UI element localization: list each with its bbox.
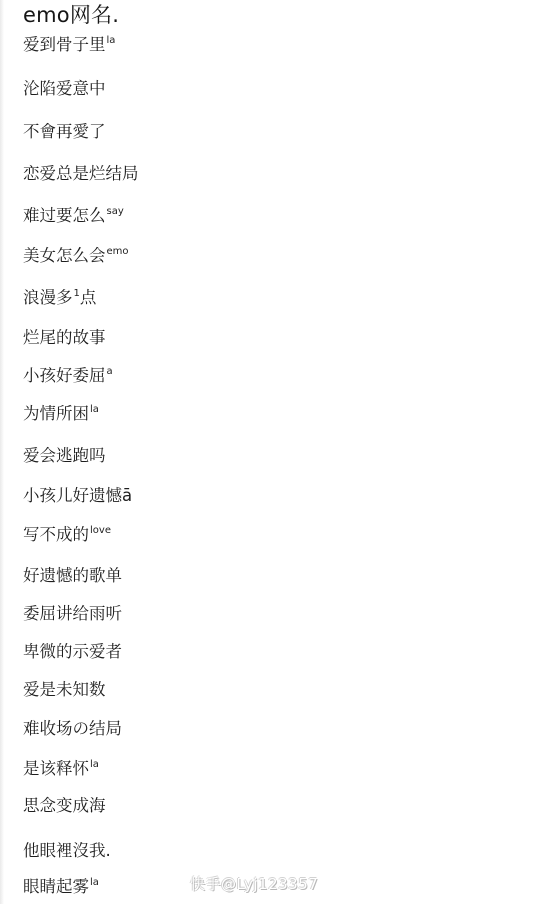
list-item: 恋爱总是烂结局 [23, 163, 139, 185]
list-item: 眼睛起雾la [23, 876, 99, 898]
page-edge-shadow [0, 0, 4, 904]
list-item: 小孩好委屈a [23, 365, 113, 387]
list-item: 思念变成海 [23, 795, 106, 817]
list-item: 美女怎么会emo [23, 245, 129, 267]
list-item: 他眼裡沒我. [23, 840, 111, 862]
list-item: 委屈讲给雨听 [23, 603, 122, 625]
list-item: 是该释怀la [23, 758, 99, 780]
list-item: 难过要怎么say [23, 205, 124, 227]
list-item: 好遗憾的歌单 [23, 565, 122, 587]
watermark: 快手@Lyj123357 [190, 873, 318, 894]
page-title: emo网名. [23, 2, 119, 28]
list-item: 卑微的示爱者 [23, 641, 122, 663]
list-item: 小孩儿好遗憾ā [23, 485, 132, 507]
list-item: 难收场の结局 [23, 718, 122, 740]
list-item: 烂尾的故事 [23, 327, 106, 349]
list-item: 浪漫多1点 [23, 287, 96, 309]
list-item: 爱会逃跑吗 [23, 445, 106, 467]
list-item: 沦陷爱意中 [23, 78, 106, 100]
list-item: 爱是未知数 [23, 679, 106, 701]
list-item: 不會再愛了 [23, 121, 106, 143]
list-item: 为情所困la [23, 403, 99, 425]
list-item: 写不成的love [23, 524, 111, 546]
list-item: 爱到骨子里la [23, 34, 115, 56]
